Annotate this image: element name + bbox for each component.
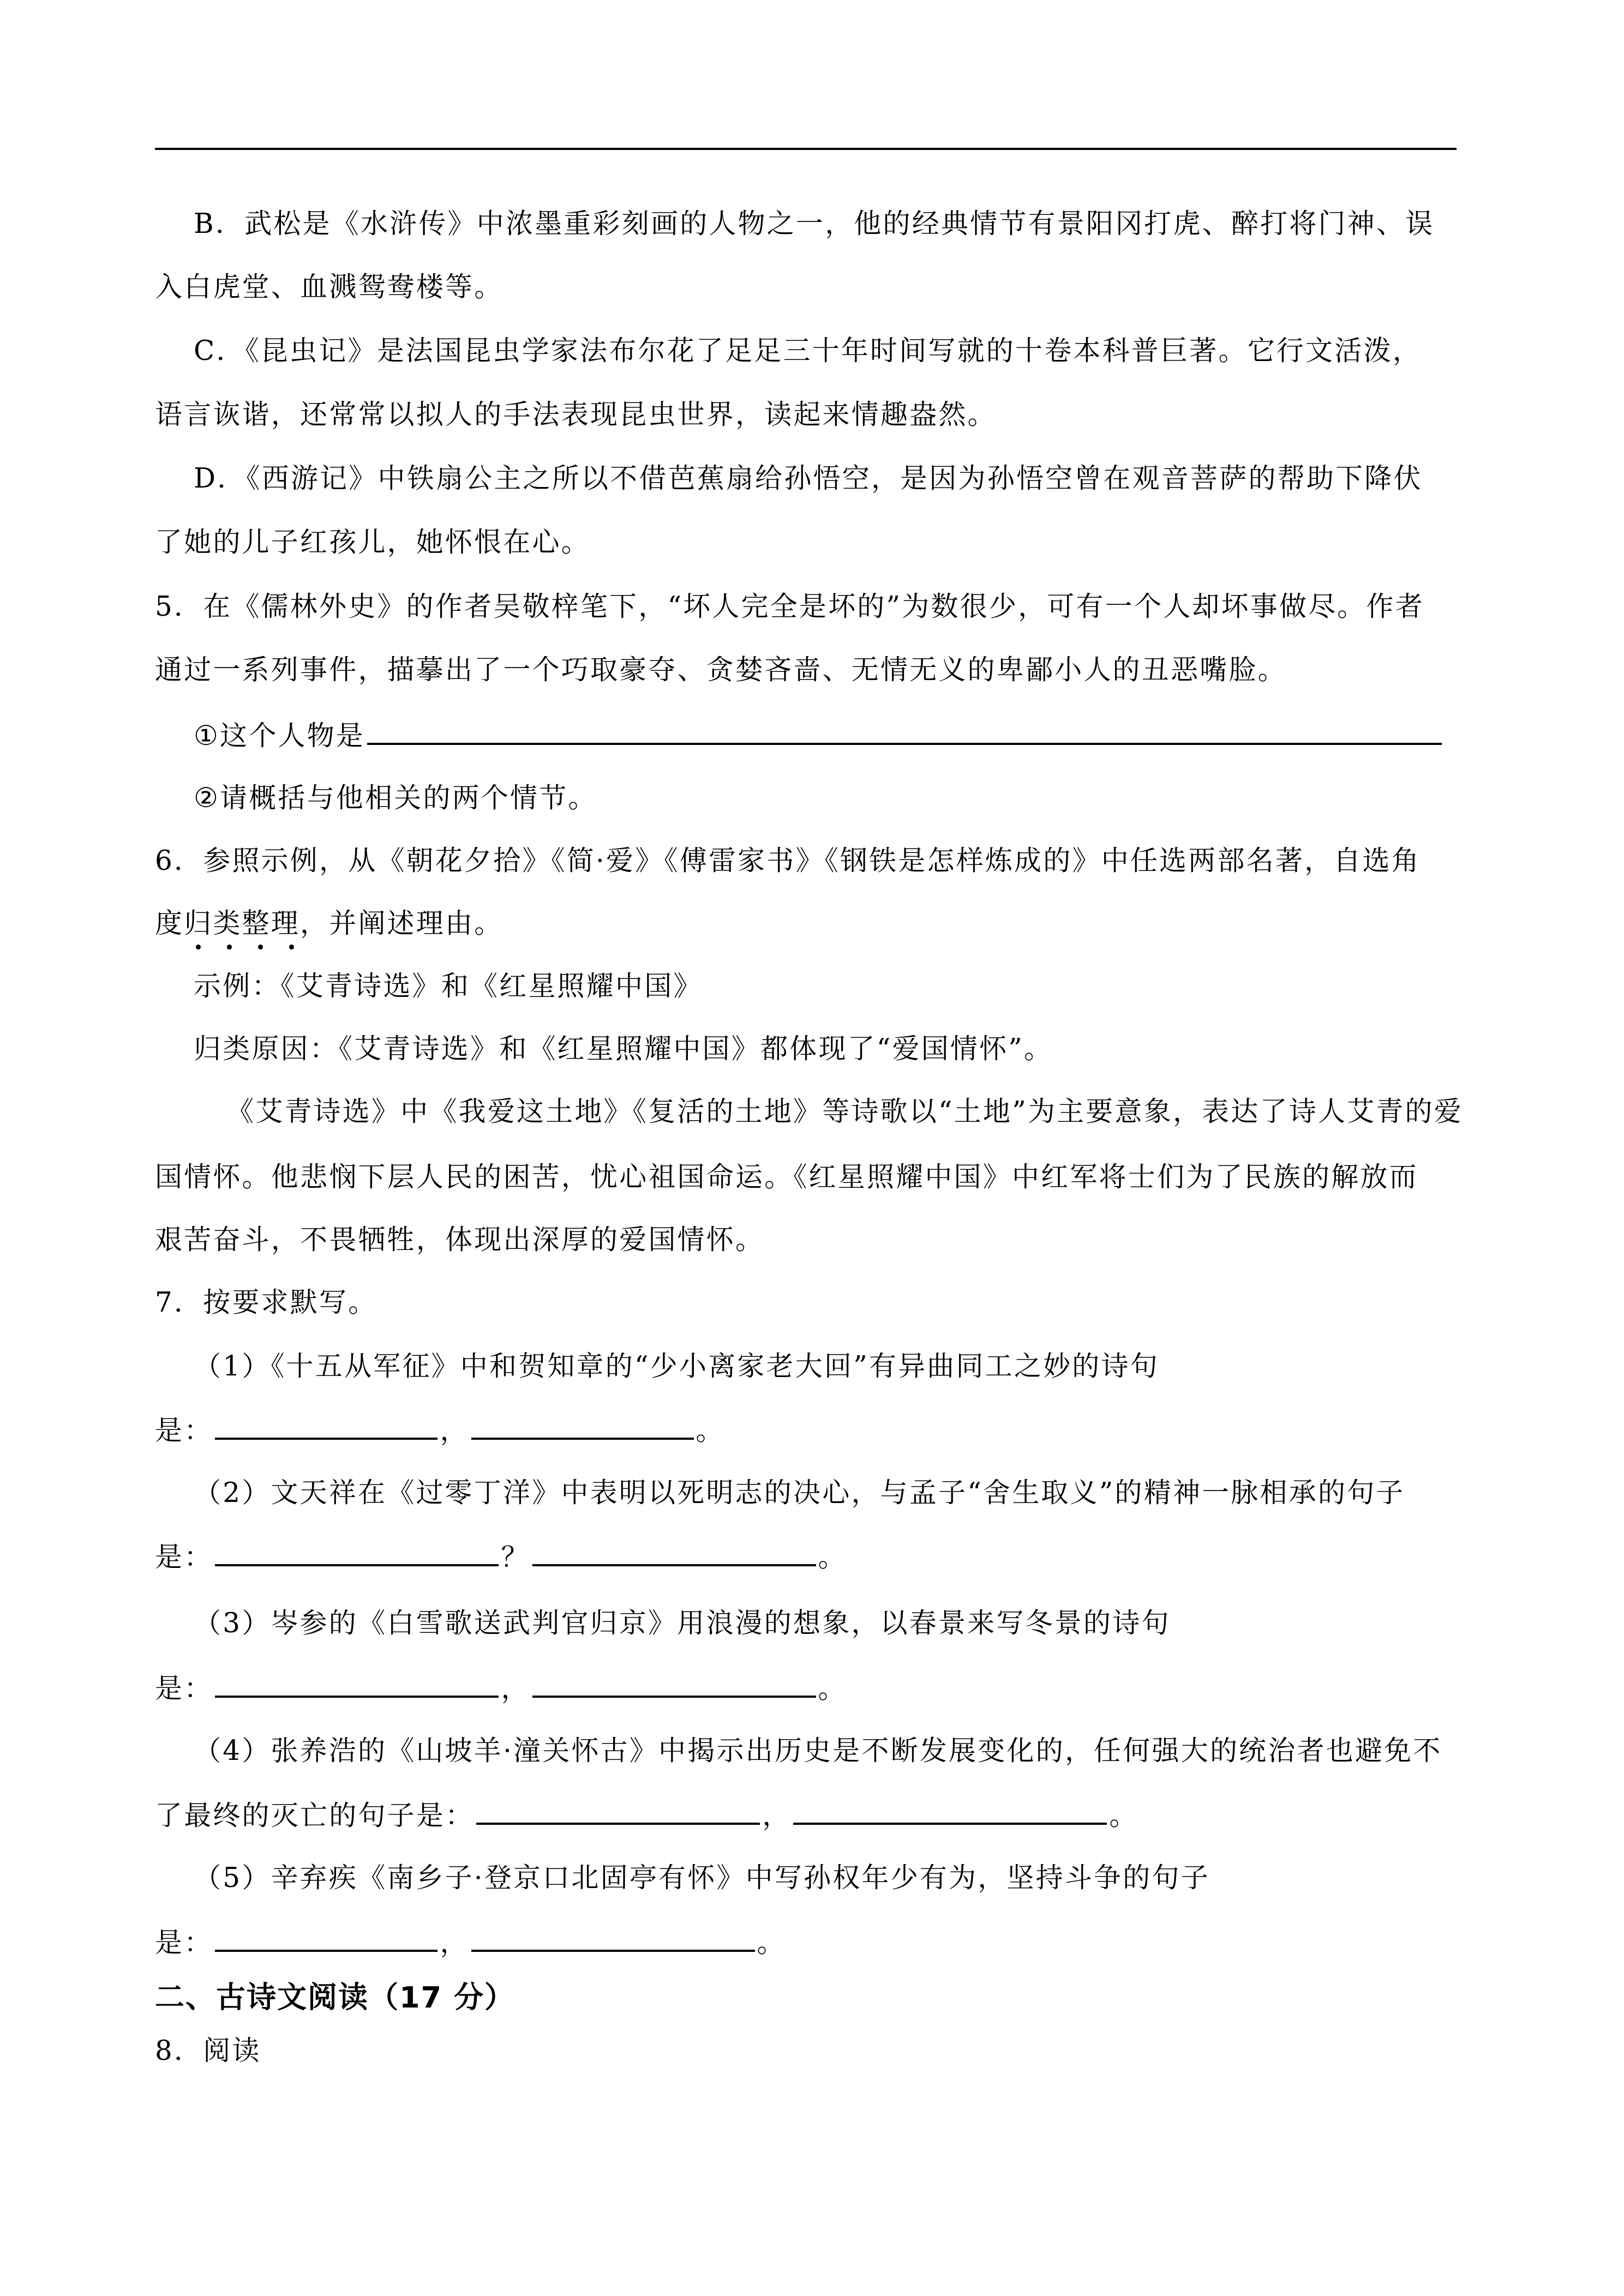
q5-line1: 5．在《儒林外史》的作者吴敬梓笔下，“坏人完全是坏的”为数很少，可有一个人却坏事…: [155, 590, 1470, 623]
answer-blank-1[interactable]: [476, 1799, 760, 1825]
q8-label: 8．阅读: [155, 2034, 1470, 2067]
q6-line2-pre: 度: [155, 907, 184, 939]
terminal-punctuation: 。: [818, 1541, 847, 1573]
option-d-line2: 了她的儿子红孩儿，她怀恨在心。: [155, 526, 1470, 558]
q6-para-line1: 《艾青诗选》中《我爱这土地》《复活的土地》等诗歌以“土地”为主要意象，表达了诗人…: [226, 1095, 1476, 1128]
option-b-line2: 入白虎堂、血溅鸳鸯楼等。: [155, 271, 1470, 303]
q7-item4-prompt: （4）张养浩的《山坡羊·潼关怀古》中揭示出历史是不断发展变化的，任何强大的统治者…: [194, 1734, 1508, 1767]
answer-blank-1[interactable]: [215, 1926, 438, 1952]
q6-line1: 6．参照示例，从《朝花夕拾》《简·爱》《傅雷家书》《钢铁是怎样炼成的》中任选两部…: [155, 844, 1470, 877]
section-heading: 二、古诗文阅读（17 分）: [155, 1981, 515, 2015]
circled-number-2: ②: [194, 782, 220, 814]
separator: ，: [440, 1415, 469, 1446]
q5-line2: 通过一系列事件，描摹出了一个巧取豪夺、贪婪吝啬、无情无义的卑鄙小人的丑恶嘴脸。: [155, 653, 1470, 686]
answer-blank-1[interactable]: [215, 1540, 499, 1566]
q7-item2-answer: 是：？。: [155, 1540, 1470, 1573]
q7-item3-answer: 是：，。: [155, 1672, 1470, 1705]
answer-prefix: 了最终的灭亡的句子是：: [155, 1800, 474, 1831]
emphasis-dot: [227, 945, 232, 949]
q7-item2-prompt: （2）文天祥在《过零丁洋》中表明以死明志的决心，与孟子“舍生取义”的精神一脉相承…: [194, 1476, 1508, 1509]
separator: ？: [501, 1541, 530, 1573]
answer-blank-2[interactable]: [532, 1672, 816, 1698]
emphasis-dot: [196, 945, 201, 949]
emphasis-dot: [258, 945, 263, 949]
q5-sub2: ②请概括与他相关的两个情节。: [194, 782, 1508, 814]
terminal-punctuation: 。: [696, 1415, 725, 1446]
option-d-line1: D．《西游记》中铁扇公主之所以不借芭蕉扇给孙悟空，是因为孙悟空曾在观音菩萨的帮助…: [194, 462, 1508, 495]
answer-prefix: 是：: [155, 1673, 213, 1704]
q5-sub1: ①这个人物是: [194, 719, 1470, 752]
emphasized-text: 归类整理: [184, 907, 300, 940]
exam-page: B．武松是《水浒传》中浓墨重彩刻画的人物之一，他的经典情节有景阳冈打虎、醉打将门…: [0, 0, 1624, 2296]
answer-prefix: 是：: [155, 1927, 213, 1958]
q6-para-line2: 国情怀。他悲悯下层人民的困苦，忧心祖国命运。《红星照耀中国》中红军将士们为了民族…: [155, 1161, 1470, 1193]
q5-sub1-answer-blank[interactable]: [367, 719, 1442, 745]
q6-example-label: 示例：《艾青诗选》和《红星照耀中国》: [194, 970, 1508, 1002]
terminal-punctuation: 。: [818, 1673, 847, 1704]
answer-blank-2[interactable]: [793, 1799, 1107, 1825]
q7-item1-answer: 是：，。: [155, 1414, 1470, 1447]
circled-number-1: ①: [194, 720, 220, 752]
separator: ，: [440, 1927, 469, 1958]
header-rule: [155, 148, 1457, 150]
q7-item4-answer: 了最终的灭亡的句子是：，。: [155, 1799, 1470, 1832]
answer-blank-1[interactable]: [215, 1414, 438, 1440]
q7-item3-prompt: （3）岑参的《白雪歌送武判官归京》用浪漫的想象，以春景来写冬景的诗句: [194, 1607, 1508, 1639]
answer-blank-2[interactable]: [471, 1926, 755, 1952]
q7-item5-prompt: （5）辛弃疾《南乡子·登京口北固亭有怀》中写孙权年少有为，坚持斗争的句子: [194, 1861, 1508, 1894]
q5-sub2-text: 请概括与他相关的两个情节。: [220, 782, 597, 814]
answer-blank-2[interactable]: [532, 1540, 816, 1566]
emphasis-dot: [289, 945, 294, 949]
q6-line2-post: ，并阐述理由。: [300, 907, 503, 939]
q7-title: 7．按要求默写。: [155, 1286, 1470, 1319]
option-c-line2: 语言诙谐，还常常以拟人的手法表现昆虫世界，读起来情趣盎然。: [155, 398, 1470, 431]
option-b-line1: B．武松是《水浒传》中浓墨重彩刻画的人物之一，他的经典情节有景阳冈打虎、醉打将门…: [194, 207, 1508, 240]
answer-prefix: 是：: [155, 1541, 213, 1573]
q6-para-line3: 艰苦奋斗，不畏牺牲，体现出深厚的爱国情怀。: [155, 1223, 1470, 1256]
separator: ，: [762, 1800, 791, 1831]
terminal-punctuation: 。: [757, 1927, 786, 1958]
answer-blank-2[interactable]: [471, 1414, 694, 1440]
answer-prefix: 是：: [155, 1415, 213, 1446]
q7-item5-answer: 是：，。: [155, 1926, 1470, 1959]
q7-item1-prompt: （1）《十五从军征》中和贺知章的“少小离家老大回”有异曲同工之妙的诗句: [194, 1350, 1508, 1383]
q6-reason: 归类原因：《艾青诗选》和《红星照耀中国》都体现了“爱国情怀”。: [194, 1032, 1508, 1065]
terminal-punctuation: 。: [1109, 1800, 1138, 1831]
separator: ，: [501, 1673, 530, 1704]
answer-blank-1[interactable]: [215, 1672, 499, 1698]
emphasized-text-content: 归类整理: [184, 907, 300, 939]
q6-line2: 度归类整理，并阐述理由。: [155, 907, 1470, 940]
option-c-line1: C．《昆虫记》是法国昆虫学家法布尔花了足足三十年时间写就的十卷本科普巨著。它行文…: [194, 334, 1508, 367]
q5-sub1-text: 这个人物是: [220, 720, 365, 752]
